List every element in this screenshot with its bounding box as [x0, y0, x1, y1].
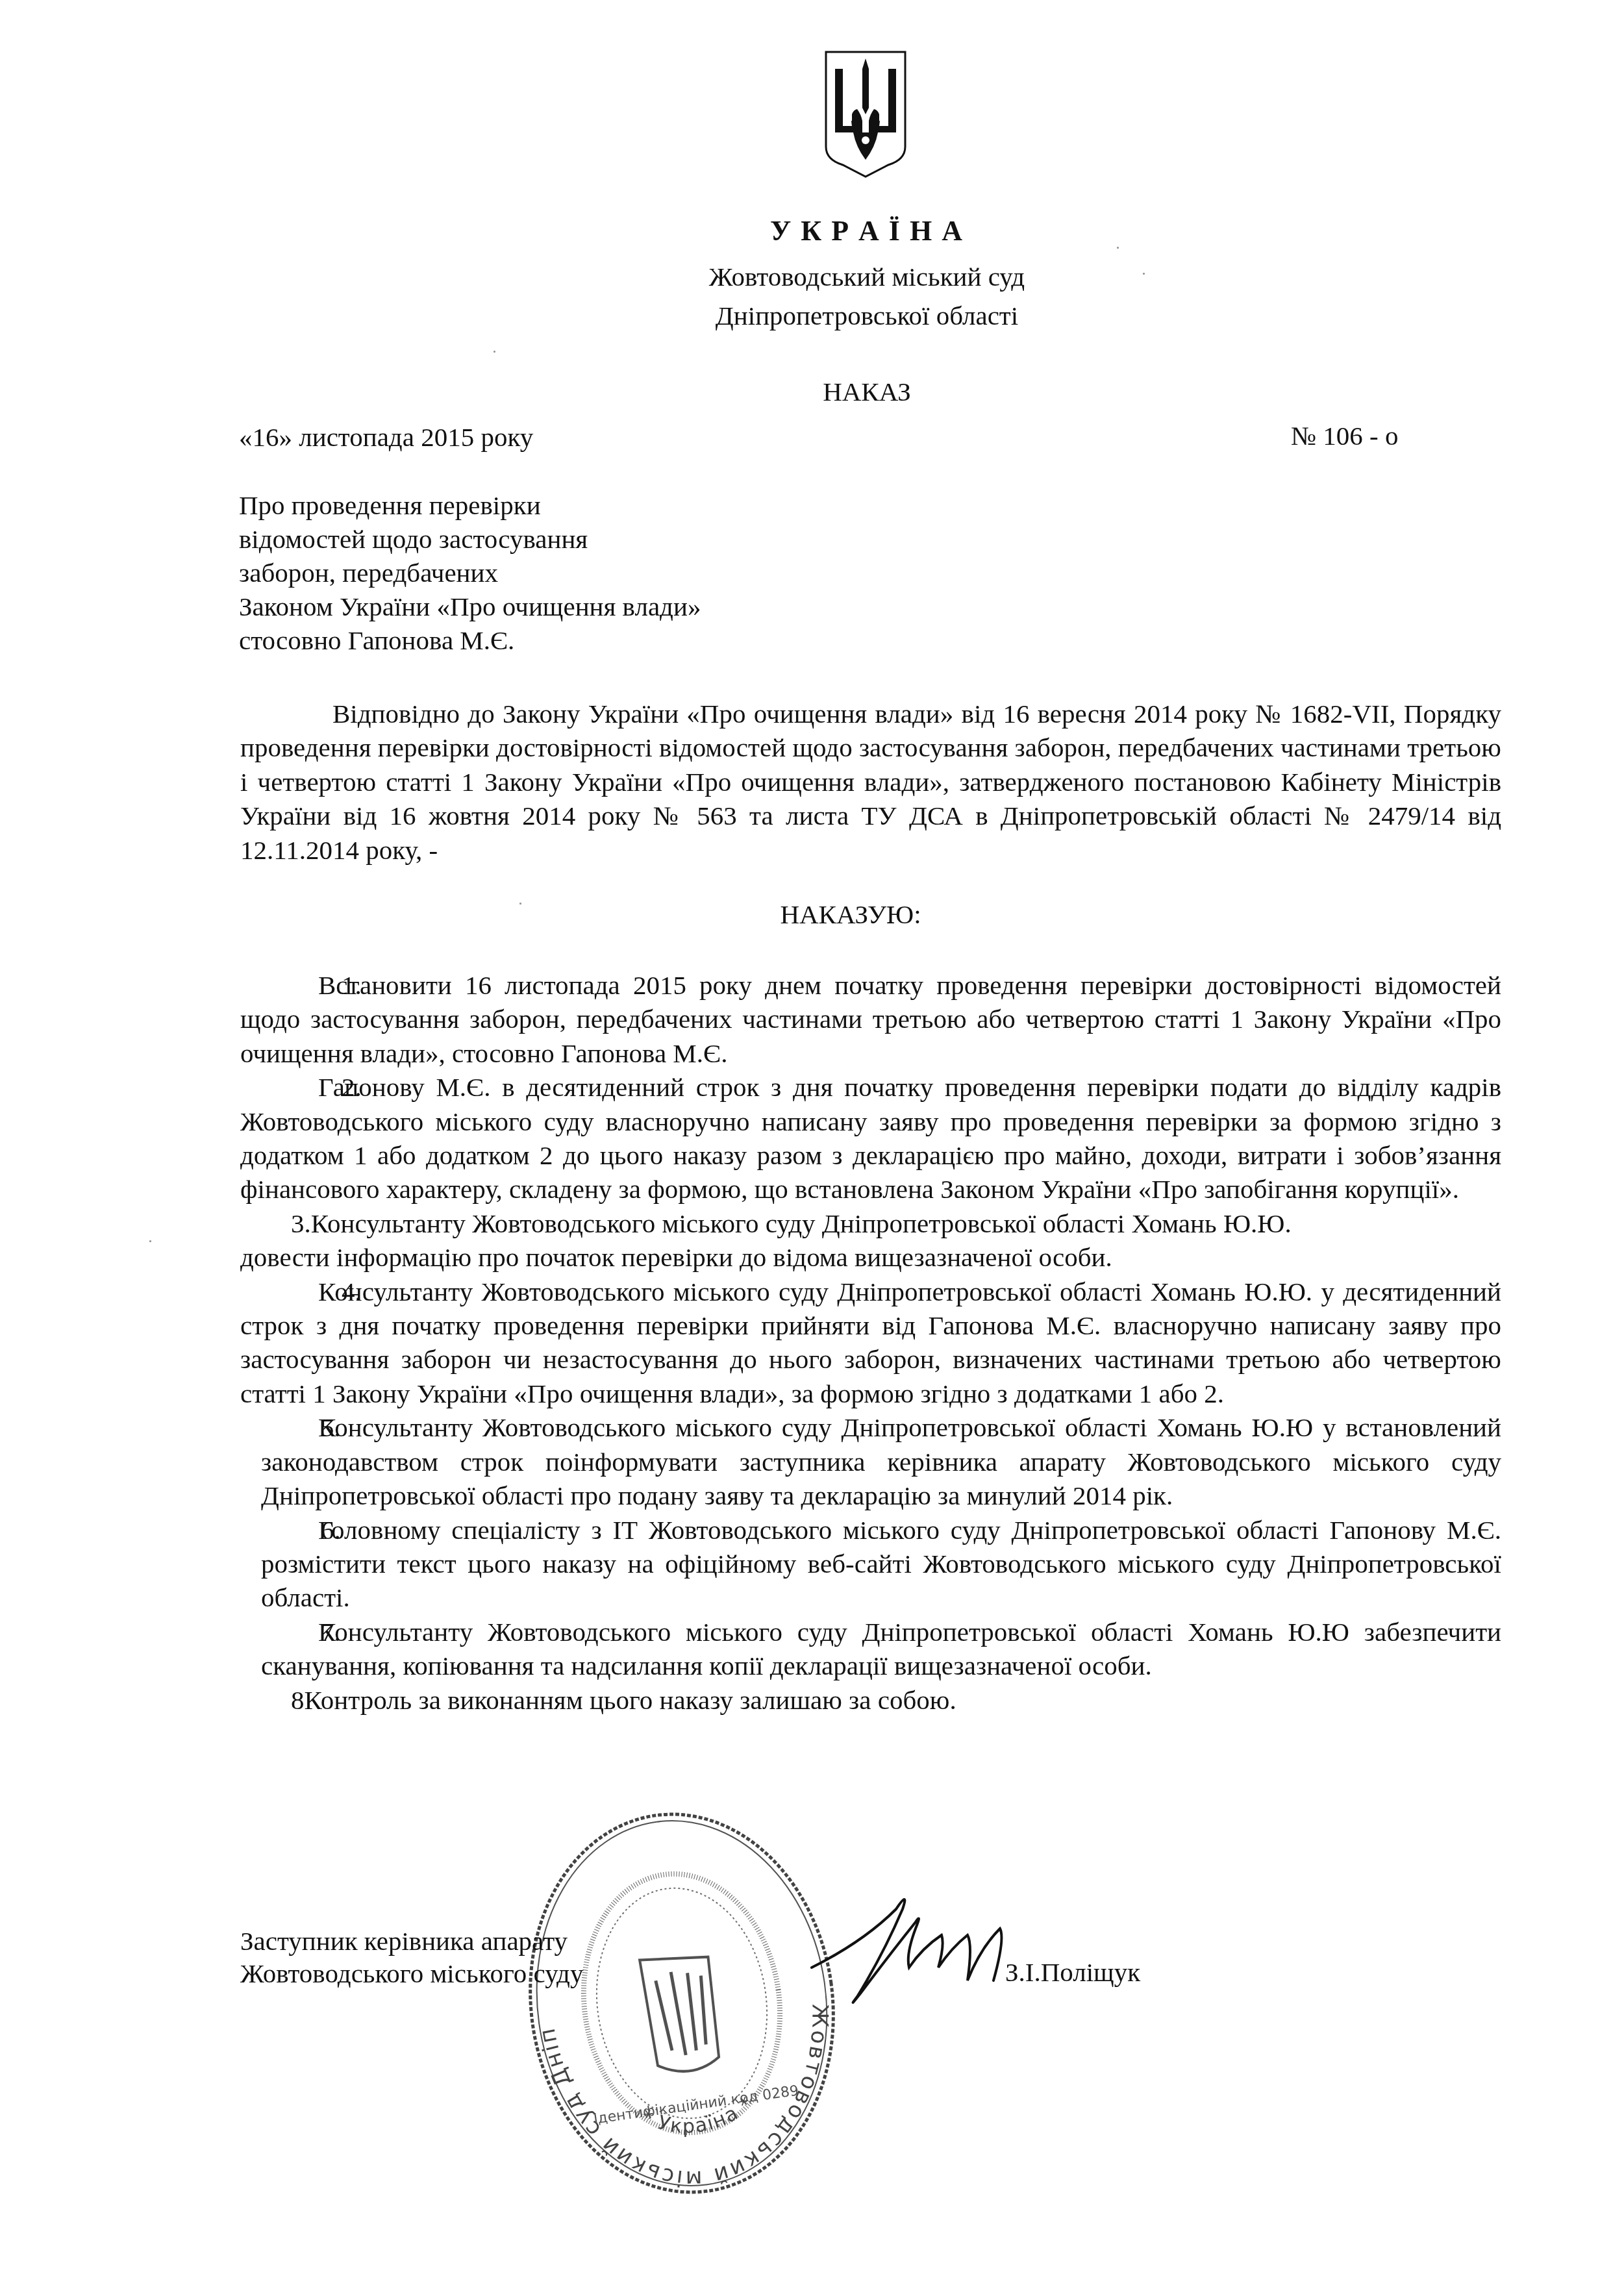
- subject-line: стосовно Гапонова М.Є.: [239, 623, 701, 657]
- order-heading: НАКАЗУЮ:: [747, 897, 955, 931]
- subject-line: Про проведення перевірки: [239, 488, 701, 522]
- item-text: Встановити 16 листопада 2015 року днем п…: [240, 970, 1501, 1068]
- order-items: 1.Встановити 16 листопада 2015 року днем…: [240, 968, 1501, 1717]
- scan-speck: [493, 351, 495, 353]
- subject-block: Про проведення перевірки відомостей щодо…: [239, 488, 701, 657]
- item-number: 1.: [291, 968, 318, 1002]
- document-page: У К Р А Ї Н А Жовтоводський міський суд …: [0, 0, 1624, 2287]
- order-date: «16» листопада 2015 року: [239, 420, 533, 454]
- item-text: Консультанту Жовтоводського міського суд…: [240, 1277, 1501, 1408]
- order-item-3: 3.Консультанту Жовтоводського міського с…: [240, 1206, 1501, 1240]
- subject-line: заборон, передбачених: [239, 556, 701, 590]
- signatory-position-line1: Заступник керівника апарату: [240, 1924, 568, 1958]
- item-number: 2.: [291, 1070, 318, 1104]
- order-item-1: 1.Встановити 16 листопада 2015 року днем…: [240, 968, 1501, 1070]
- handwritten-signature: [786, 1883, 1019, 2013]
- preamble-paragraph: Відповідно до Закону України «Про очищен…: [240, 697, 1501, 867]
- header-country: У К Р А Ї Н А: [714, 214, 1019, 248]
- order-item-8: 8Контроль за виконанням цього наказу зал…: [240, 1683, 1501, 1717]
- order-item-7: 7.Консультанту Жовтоводського міського с…: [240, 1615, 1501, 1683]
- item-text: Консультанту Жовтоводського міського суд…: [261, 1412, 1501, 1510]
- trident-coat-of-arms-icon: [823, 49, 908, 178]
- item-text: Головному спеціалісту з ІТ Жовтоводськог…: [261, 1515, 1501, 1613]
- item-number: 3.: [291, 1208, 311, 1238]
- item-number: 8: [291, 1685, 305, 1715]
- scan-speck: [519, 903, 521, 905]
- header-court-name: Жовтоводський міський суд: [649, 260, 1084, 294]
- document-type-title: НАКАЗ: [747, 375, 987, 408]
- item-text: Гапонову М.Є. в десятиденний строк з дня…: [240, 1072, 1501, 1204]
- order-number: № 106 - о: [1291, 419, 1399, 453]
- subject-line: відомостей щодо застосування: [239, 522, 701, 556]
- scan-speck: [1143, 273, 1145, 275]
- preamble-text: Відповідно до Закону України «Про очищен…: [240, 697, 1501, 867]
- item-number: 4.: [291, 1275, 318, 1308]
- item-number: 7.: [291, 1615, 318, 1649]
- item-text: Консультанту Жовтоводського міського суд…: [261, 1617, 1501, 1681]
- header-region: Дніпропетровської області: [649, 299, 1084, 332]
- scan-speck: [1117, 247, 1119, 249]
- order-item-3-continuation: довести інформацію про початок перевірки…: [240, 1240, 1501, 1274]
- item-text: Консультанту Жовтоводського міського суд…: [311, 1208, 1292, 1238]
- scan-speck: [149, 1240, 151, 1242]
- order-item-2: 2.Гапонову М.Є. в десятиденний строк з д…: [240, 1070, 1501, 1206]
- signatory-name: З.І.Поліщук: [1005, 1955, 1140, 1989]
- item-number: 6.: [291, 1513, 318, 1547]
- order-item-5: 5.Консультанту Жовтоводського міського с…: [240, 1410, 1501, 1512]
- order-item-6: 6.Головному спеціалісту з ІТ Жовтоводськ…: [240, 1513, 1501, 1615]
- order-item-4: 4.Консультанту Жовтоводського міського с…: [240, 1275, 1501, 1411]
- item-number: 5.: [291, 1410, 318, 1444]
- item-text: Контроль за виконанням цього наказу зали…: [305, 1685, 956, 1715]
- subject-line: Законом України «Про очищення влади»: [239, 590, 701, 623]
- signatory-position-line2: Жовтоводського міського суду: [240, 1956, 583, 1990]
